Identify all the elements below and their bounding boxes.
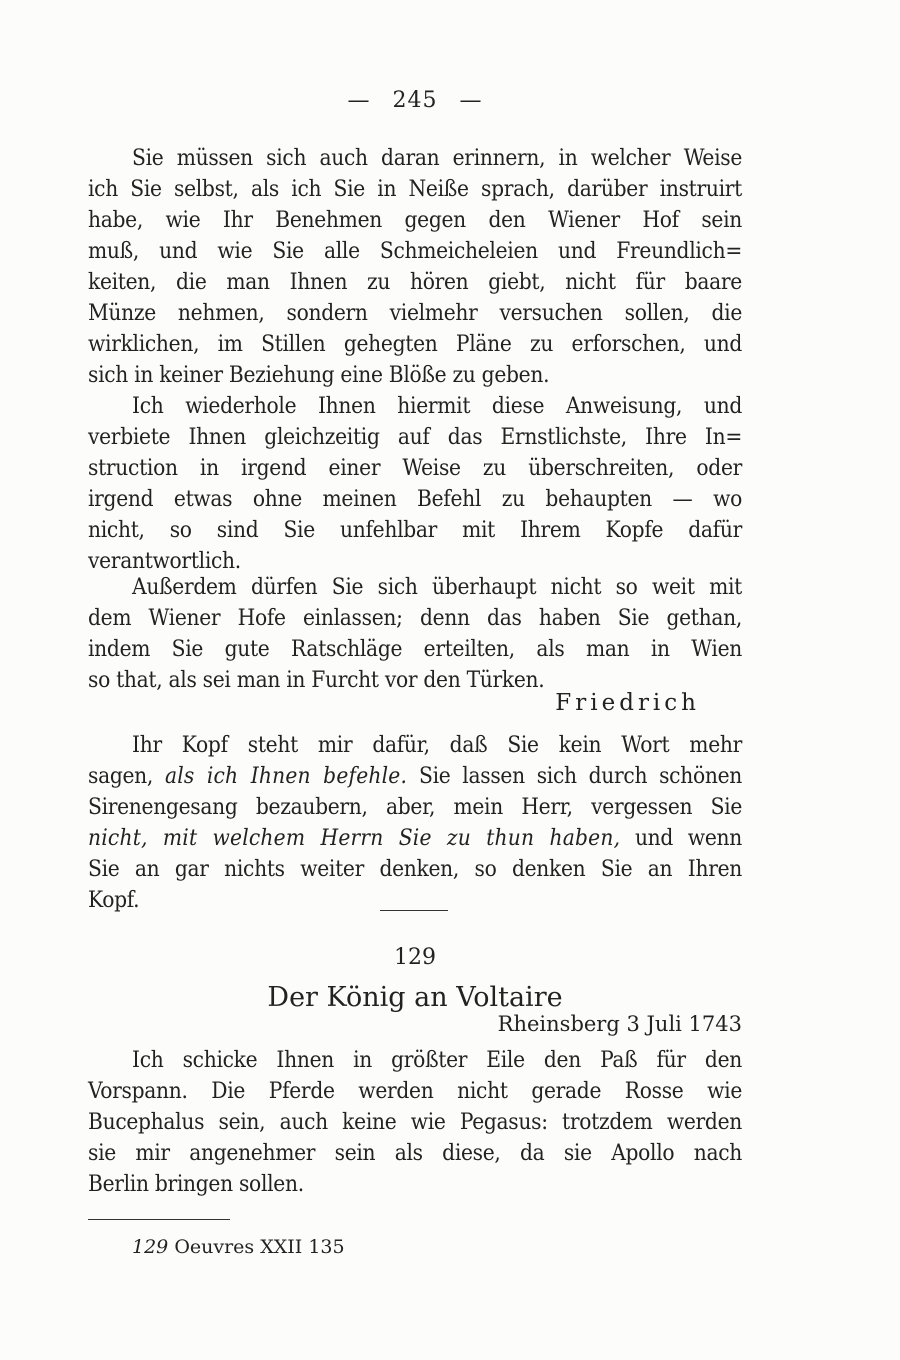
page-number-dash-left: — (348, 88, 371, 113)
footnote-divider (88, 1219, 230, 1220)
text-line: sie mir angenehmer sein als diese, da si… (88, 1138, 742, 1168)
text-line: wirklichen, im Stillen gehegten Pläne zu… (88, 329, 742, 359)
page-number: —245— (88, 88, 742, 113)
footnote-number: 129 (132, 1236, 168, 1258)
text-line: nicht, mit welchem Herrn Sie zu thun hab… (88, 823, 742, 853)
section-divider (380, 910, 448, 911)
text-line: Außerdem dürfen Sie sich überhaupt nicht… (132, 572, 742, 602)
footnote-text: Oeuvres XXII 135 (174, 1236, 344, 1258)
text-line: Berlin bringen sollen. (88, 1169, 742, 1199)
text-segment: Sie lassen sich durch schönen (407, 763, 742, 789)
text-line: irgend etwas ohne meinen Befehl zu behau… (88, 484, 742, 514)
text-line: verbiete Ihnen gleichzeitig auf das Erns… (88, 422, 742, 452)
text-line: Sirenengesang bezaubern, aber, mein Herr… (88, 792, 742, 822)
letter-title: Der König an Voltaire (88, 982, 742, 1013)
text-segment: Ihr Kopf steht mir dafür, daß Sie kein W… (132, 732, 742, 758)
text-line: Ich schicke Ihnen in größter Eile den Pa… (132, 1045, 742, 1075)
text-line: indem Sie gute Ratschläge erteilten, als… (88, 634, 742, 664)
text-line: sagen, als ich Ihnen befehle. Sie lassen… (88, 761, 742, 791)
text-line: Sie an gar nichts weiter denken, so denk… (88, 854, 742, 884)
text-line: habe, wie Ihr Benehmen gegen den Wiener … (88, 205, 742, 235)
emphasized-text: nicht, mit welchem Herrn Sie zu thun hab… (88, 825, 620, 851)
text-segment: Sirenengesang bezaubern, aber, mein Herr… (88, 794, 742, 820)
text-segment: und wenn (620, 825, 742, 851)
text-line: keiten, die man Ihnen zu hören giebt, ni… (88, 267, 742, 297)
page-number-value: 245 (393, 88, 438, 113)
text-line: Sie müssen sich auch daran erinnern, in … (132, 143, 742, 173)
text-segment: sagen, (88, 763, 165, 789)
emphasized-text: als ich Ihnen befehle. (165, 763, 407, 789)
text-line: Vorspann. Die Pferde werden nicht gerade… (88, 1076, 742, 1106)
text-line: nicht, so sind Sie unfehlbar mit Ihrem K… (88, 515, 742, 545)
text-line: Ich wiederhole Ihnen hiermit diese Anwei… (132, 391, 742, 421)
footnote: 129 Oeuvres XXII 135 (132, 1236, 345, 1258)
letter-place-date: Rheinsberg 3 Juli 1743 (498, 1012, 742, 1036)
signature: Friedrich (555, 690, 700, 716)
text-line: struction in irgend einer Weise zu übers… (88, 453, 742, 483)
letter-number: 129 (88, 945, 742, 970)
text-line: Bucephalus sein, auch keine wie Pegasus:… (88, 1107, 742, 1137)
text-line: ich Sie selbst, als ich Sie in Neiße spr… (88, 174, 742, 204)
text-line: sich in keiner Beziehung eine Blöße zu g… (88, 360, 742, 390)
text-line: muß, und wie Sie alle Schmeicheleien und… (88, 236, 742, 266)
text-segment: Sie an gar nichts weiter denken, so denk… (88, 856, 742, 882)
text-line: Ihr Kopf steht mir dafür, daß Sie kein W… (132, 730, 742, 760)
page-number-dash-right: — (460, 88, 483, 113)
text-line: dem Wiener Hofe einlassen; denn das habe… (88, 603, 742, 633)
text-line: Münze nehmen, sondern vielmehr versuchen… (88, 298, 742, 328)
text-segment: Kopf. (88, 887, 139, 913)
